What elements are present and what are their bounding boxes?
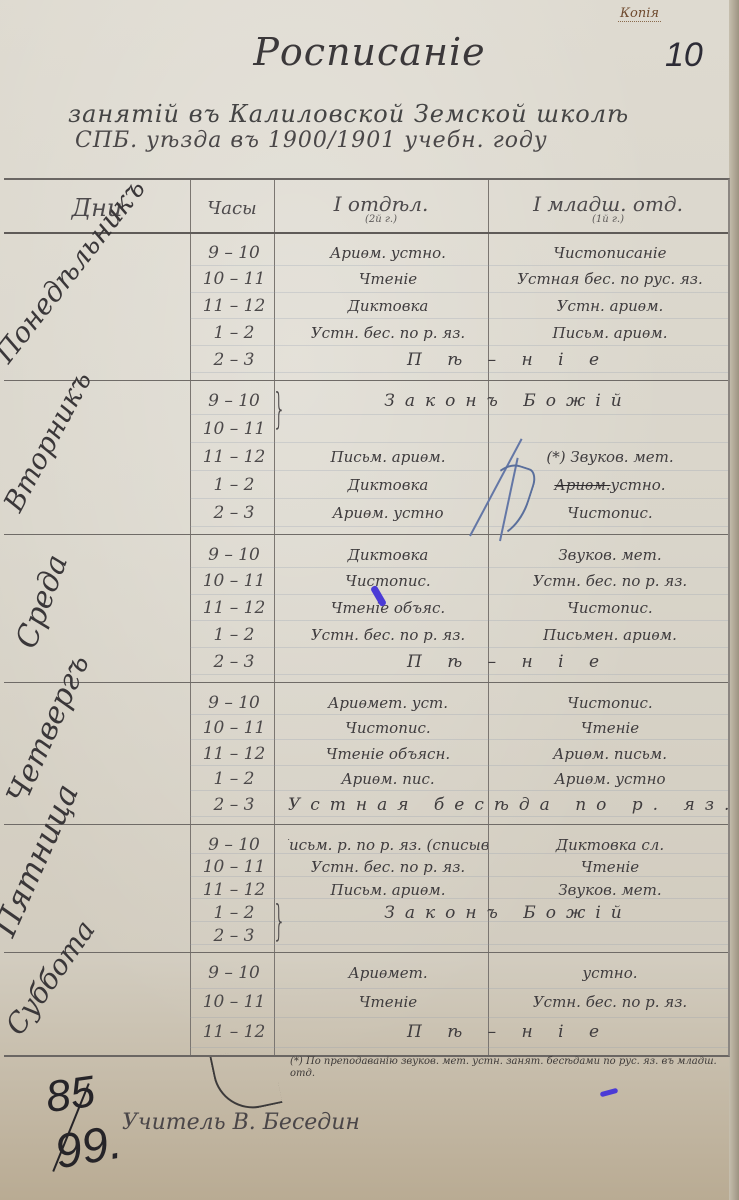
column-header-sub: (2й г.) — [365, 214, 397, 225]
lesson-dept1: Письм. р. по р. яз. (списыв.) — [288, 832, 488, 857]
lesson-dept2: Устн. бес. по р. яз. — [494, 569, 726, 594]
document-page: Копія 10 Росписаніе занятій въ Калиловск… — [0, 0, 739, 1200]
lesson-both-depts: Законъ Божій — [288, 388, 728, 413]
time-slot: 9 – 10 — [194, 240, 274, 265]
column-header-label: I младш. отд. — [533, 192, 683, 216]
lesson-dept1: Ариѳмет. — [288, 960, 488, 985]
lesson-dept2: устно. — [494, 960, 726, 985]
time-slot: 10 – 11 — [194, 990, 274, 1015]
ruled-line — [190, 414, 728, 415]
time-slot: 10 – 11 — [194, 569, 274, 594]
time-slot: 1 – 2 — [194, 622, 274, 647]
time-slot: 10 – 11 — [194, 855, 274, 880]
lesson-dept2: Письм. ариѳм. — [494, 320, 726, 345]
time-slot: 2 – 3 — [194, 347, 274, 372]
lesson-dept1: Чтеніе объяс. — [288, 596, 488, 621]
lesson-dept2: Устн. ариѳм. — [494, 294, 726, 319]
lesson-dept2: Чистопис. — [494, 596, 726, 621]
day-divider — [4, 682, 728, 683]
lesson-dept2: Чтеніе — [494, 716, 726, 741]
lesson-dept2: Чистописаніе — [494, 240, 726, 265]
lesson-dept2: Чтеніе — [494, 855, 726, 880]
lesson-both-depts: П ѣ – н і е — [288, 1019, 728, 1044]
time-slot: 1 – 2 — [194, 472, 274, 497]
lesson-dept2: (*) Звуков. мет. — [494, 444, 726, 469]
column-header-label: Часы — [207, 198, 256, 219]
time-slot: 2 – 3 — [194, 500, 274, 525]
lesson-dept1: Чтеніе объясн. — [288, 741, 488, 766]
time-slot: 11 – 12 — [194, 294, 274, 319]
lesson-dept1: Устн. бес. по р. яз. — [288, 622, 488, 647]
time-slot: 9 – 10 — [194, 388, 274, 413]
column-header-label: I отдѣл. — [334, 192, 429, 216]
document-subtitle-line1: занятій въ Калиловской Земской школѣ — [68, 100, 629, 128]
lesson-dept1: Диктовка — [288, 472, 488, 497]
lesson-dept1: Ариѳм. пис. — [288, 767, 488, 792]
archive-number-top: 85 — [43, 1067, 98, 1123]
lesson-dept2: Звуков. мет. — [494, 878, 726, 903]
day-divider — [4, 824, 728, 825]
column-header-dept2: I младш. отд. (1й г.) — [488, 186, 728, 230]
ruled-line — [190, 498, 728, 499]
ruled-line — [190, 470, 728, 471]
lesson-dept2: Устн. бес. по р. яз. — [494, 990, 726, 1015]
merge-brace: } — [273, 384, 286, 433]
lesson-dept1: Диктовка — [288, 294, 488, 319]
lesson-dept1: Устн. бес. по р. яз. — [288, 320, 488, 345]
day-label: Среда — [9, 550, 75, 653]
lesson-both-depts: Законъ Божій — [288, 900, 728, 925]
time-slot: 2 – 3 — [194, 649, 274, 674]
column-header-dept1: I отдѣл. (2й г.) — [274, 186, 488, 230]
time-slot: 9 – 10 — [194, 690, 274, 715]
time-slot: 11 – 12 — [194, 1019, 274, 1044]
time-slot: 10 – 11 — [194, 716, 274, 741]
column-divider — [190, 180, 191, 1055]
pencil-mark — [209, 1044, 282, 1116]
time-slot: 1 – 2 — [194, 320, 274, 345]
lesson-both-depts: П ѣ – н і е — [288, 649, 728, 674]
lesson-dept1: Чтеніе — [288, 267, 488, 292]
lesson-dept2: Ариѳм. устно — [494, 767, 726, 792]
document-title: Росписаніе — [0, 30, 739, 74]
page-edge — [729, 0, 739, 1200]
ink-blot — [600, 1088, 619, 1097]
lesson-both-depts: П ѣ – н і е — [288, 347, 728, 372]
time-slot: 2 – 3 — [194, 923, 274, 948]
time-slot: 9 – 10 — [194, 960, 274, 985]
schedule-table: Дни Часы I отдѣл. (2й г.) I младш. отд. … — [4, 178, 730, 1057]
archive-number-bottom: 99. — [51, 1115, 126, 1181]
lesson-dept2: Звуков. мет. — [494, 542, 726, 567]
lesson-dept2: Диктовка сл. — [494, 832, 726, 857]
column-header-hours: Часы — [190, 186, 274, 230]
column-header-sub: (1й г.) — [592, 214, 624, 225]
lesson-dept1: Ариѳм. устно — [288, 500, 488, 525]
document-subtitle-line2: СПБ. уѣзда въ 1900/1901 учебн. году — [75, 128, 548, 153]
lesson-dept1: Чистопис. — [288, 569, 488, 594]
ruled-line — [190, 1017, 728, 1018]
struck-text: Ариѳм. — [554, 476, 610, 494]
lesson-both-depts: Устная бесѣда по р. яз. — [288, 792, 728, 817]
lesson-dept1: Чтеніе — [288, 990, 488, 1015]
time-slot: 11 – 12 — [194, 444, 274, 469]
lesson-dept1: Диктовка — [288, 542, 488, 567]
ruled-line — [190, 526, 728, 527]
lesson-dept1: Письм. ариѳм. — [288, 444, 488, 469]
lesson-text: устно. — [611, 476, 666, 494]
lesson-dept1: Ариѳмет. уст. — [288, 690, 488, 715]
time-slot: 11 – 12 — [194, 596, 274, 621]
footnote: (*) По преподаванію звуков. мет. устн. з… — [290, 1056, 720, 1080]
teacher-signature: Учитель В. Беседин — [122, 1110, 360, 1135]
time-slot: 11 – 12 — [194, 878, 274, 903]
lesson-dept1: Чистопис. — [288, 716, 488, 741]
ruled-line — [190, 988, 728, 989]
lesson-dept2: Чистопис. — [494, 690, 726, 715]
time-slot: 10 – 11 — [194, 416, 274, 441]
lesson-dept2: Письмен. ариѳм. — [494, 622, 726, 647]
time-slot: 9 – 10 — [194, 832, 274, 857]
ruled-line — [190, 442, 728, 443]
time-slot: 9 – 10 — [194, 542, 274, 567]
day-divider — [4, 952, 728, 953]
copy-stamp: Копія — [618, 6, 661, 22]
time-slot: 2 – 3 — [194, 792, 274, 817]
time-slot: 10 – 11 — [194, 267, 274, 292]
day-divider — [4, 380, 728, 381]
lesson-dept1: Устн. бес. по р. яз. — [288, 855, 488, 880]
merge-brace: } — [273, 896, 286, 945]
lesson-dept2: Чистопис. — [494, 500, 726, 525]
lesson-dept2: Устная бес. по рус. яз. — [494, 267, 726, 292]
lesson-dept1: Ариѳм. устно. — [288, 240, 488, 265]
lesson-dept1: Письм. ариѳм. — [288, 878, 488, 903]
day-label: Вторникъ — [0, 366, 98, 517]
day-divider — [4, 534, 728, 535]
time-slot: 1 – 2 — [194, 767, 274, 792]
time-slot: 11 – 12 — [194, 741, 274, 766]
time-slot: 1 – 2 — [194, 900, 274, 925]
lesson-dept2: Ариѳм. письм. — [494, 741, 726, 766]
